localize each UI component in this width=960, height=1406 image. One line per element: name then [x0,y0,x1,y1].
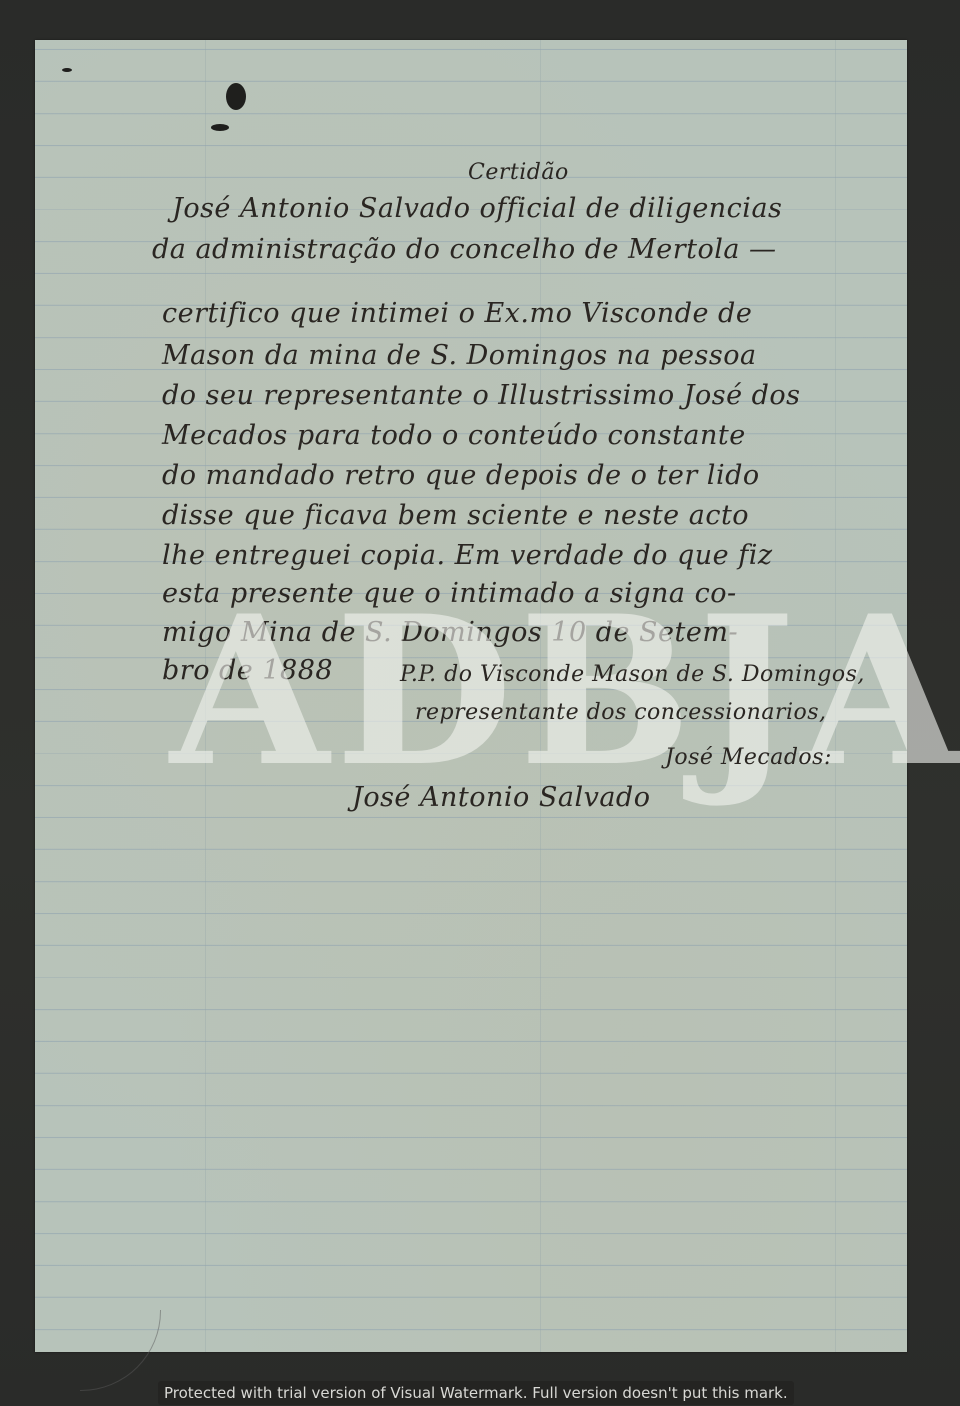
ink-blot [226,83,246,110]
signature-line: P.P. do Visconde Mason de S. Domingos, [400,662,865,687]
body-line: lhe entreguei copia. Em verdade do que f… [162,540,773,571]
body-line: bro de 1888 [162,655,333,686]
body-line: esta presente que o intimado a signa co- [162,578,737,609]
body-line: Mecados para todo o conteúdo constante [162,420,746,451]
signature-line: representante dos concessionarios, [415,700,827,725]
margin-line [835,40,836,1352]
body-line: disse que ficava bem sciente e neste act… [162,500,749,531]
signature-name: José Antonio Salvado [352,782,650,813]
body-line: do mandado retro que depois de o ter lid… [162,460,760,491]
signature-line: José Mecados: [665,745,832,770]
body-line: Mason da mina de S. Domingos na pessoa [162,340,757,371]
body-line: José Antonio Salvado official de diligen… [172,193,782,224]
body-line: migo Mina de S. Domingos 10 de Setem- [162,617,738,648]
document-title: Certidão [468,160,569,185]
ink-blot [211,124,229,131]
ink-blot [62,68,72,72]
watermark-trial-notice: Protected with trial version of Visual W… [158,1381,794,1405]
body-line: do seu representante o Illustrissimo Jos… [162,380,801,411]
body-line: da administração do concelho de Mertola … [152,234,777,265]
body-line: certifico que intimei o Ex.mo Visconde d… [162,298,752,329]
